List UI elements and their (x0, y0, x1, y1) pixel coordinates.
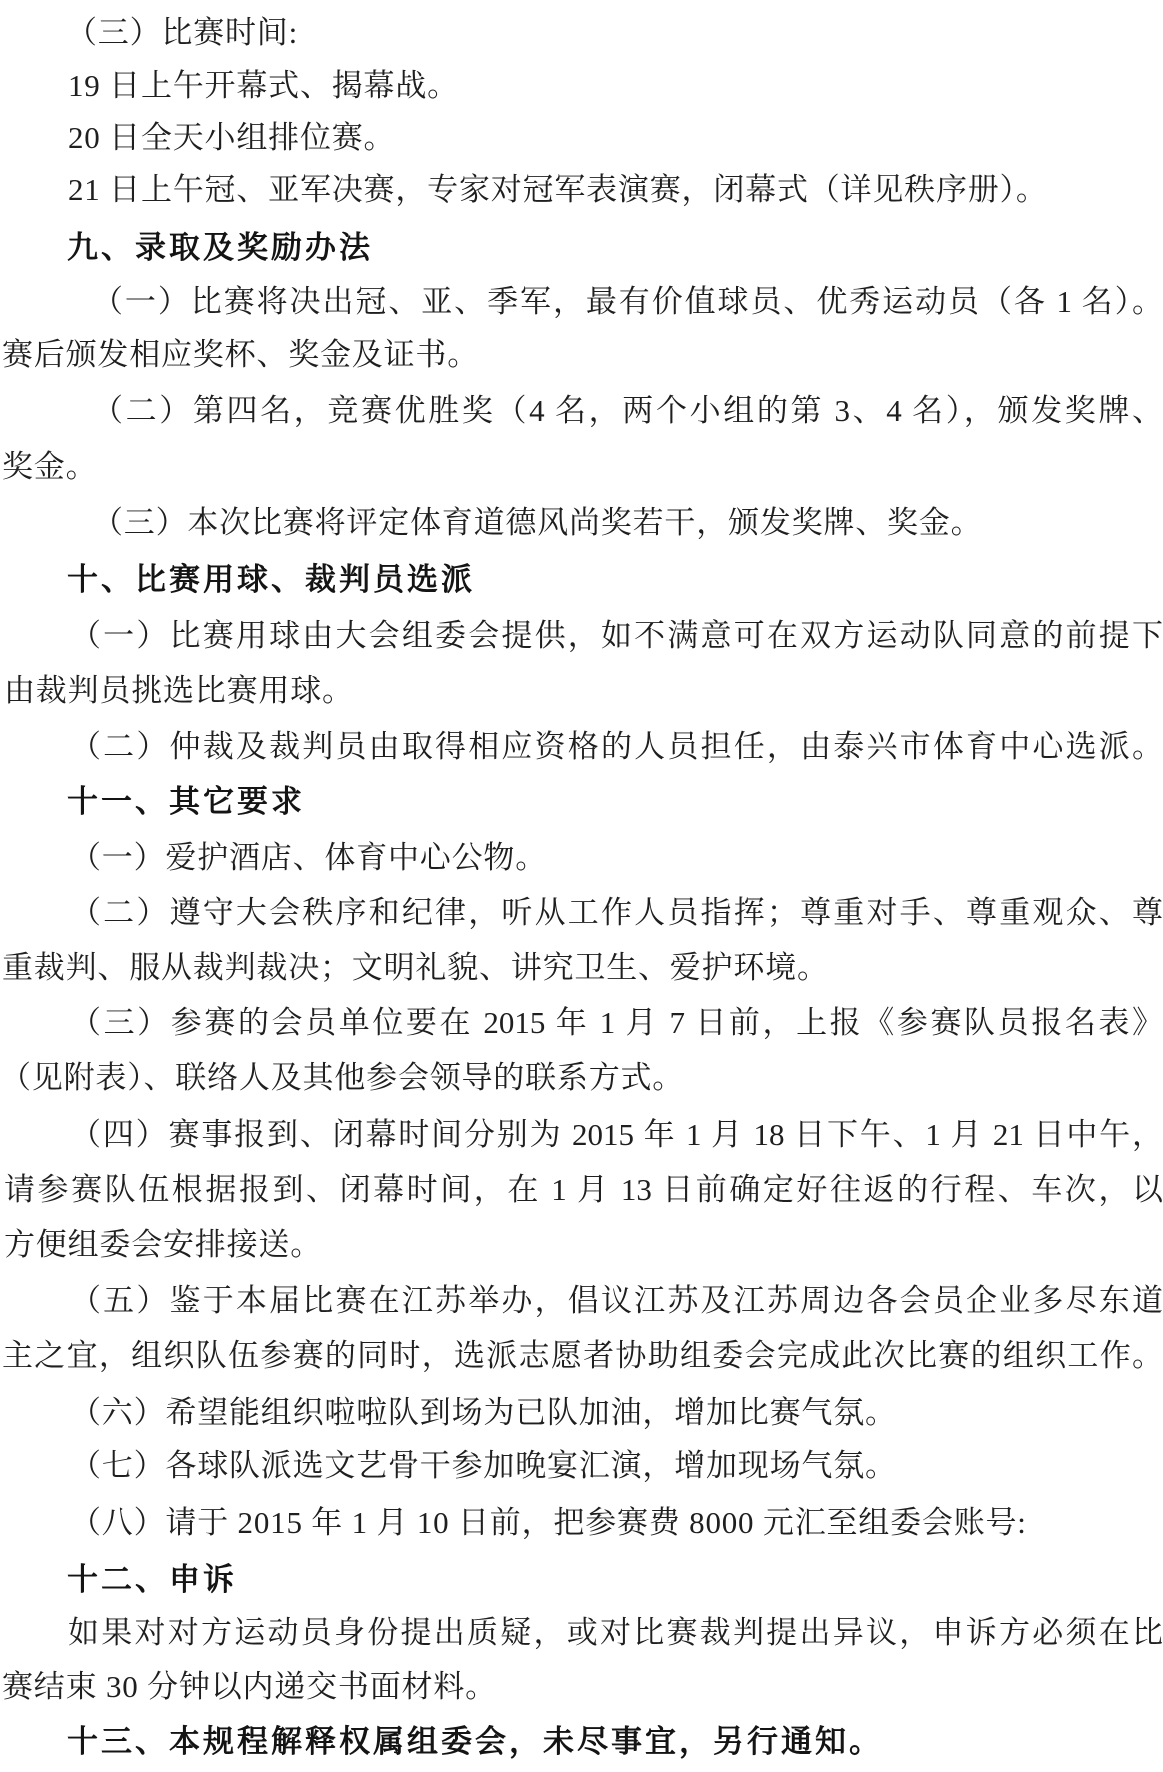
section-heading: 十、比赛用球、裁判员选派 (0, 560, 1163, 606)
document-line: 主之宜，组织队伍参赛的同时，选派志愿者协助组委会完成此次比赛的组织工作。 (0, 1336, 1163, 1380)
section-heading: 十三、本规程解释权属组委会，未尽事宜，另行通知。 (0, 1722, 1163, 1768)
document-line: （三）参赛的会员单位要在 2015 年 1 月 7 日前，上报《参赛队员报名表》 (0, 1003, 1163, 1047)
document-line: 21 日上午冠、亚军决赛，专家对冠军表演赛，闭幕式（详见秩序册）。 (0, 170, 1163, 216)
document-line: 请参赛队伍根据报到、闭幕时间，在 1 月 13 日前确定好往返的行程、车次，以 (0, 1170, 1163, 1214)
document-line: 重裁判、服从裁判裁决；文明礼貌、讲究卫生、爱护环境。 (0, 948, 1163, 994)
document-line: （一）爱护酒店、体育中心公物。 (0, 838, 1163, 884)
section-heading: 十二、申诉 (0, 1560, 1163, 1606)
document-line: （二）仲裁及裁判员由取得相应资格的人员担任，由泰兴市体育中心选派。 (0, 727, 1163, 771)
document-line: 由裁判员挑选比赛用球。 (0, 671, 1163, 717)
document-line: （见附表）、联络人及其他参会领导的联系方式。 (0, 1058, 1163, 1104)
document-line: 奖金。 (0, 447, 1163, 493)
document-line: （二）遵守大会秩序和纪律，听从工作人员指挥；尊重对手、尊重观众、尊 (0, 893, 1163, 937)
document-line: （八）请于 2015 年 1 月 10 日前，把参赛费 8000 元汇至组委会账… (0, 1503, 1163, 1549)
section-heading: 九、录取及奖励办法 (0, 228, 1163, 274)
document-line: （二）第四名，竞赛优胜奖（4 名，两个小组的第 3、4 名），颁发奖牌、 (0, 391, 1163, 435)
document-line: （一）比赛用球由大会组委会提供，如不满意可在双方运动队同意的前提下 (0, 616, 1163, 660)
document-line: （三）本次比赛将评定体育道德风尚奖若干，颁发奖牌、奖金。 (0, 503, 1163, 549)
document-line: （四）赛事报到、闭幕时间分别为 2015 年 1 月 18 日下午、1 月 21… (0, 1115, 1163, 1159)
document-line: 赛结束 30 分钟以内递交书面材料。 (0, 1667, 1163, 1713)
document-line: 如果对对方运动员身份提出质疑，或对比赛裁判提出异议，申诉方必须在比 (0, 1613, 1163, 1657)
document-line: （三）比赛时间: (0, 13, 1163, 59)
document-line: 方便组委会安排接送。 (0, 1225, 1163, 1271)
section-heading: 十一、其它要求 (0, 782, 1163, 828)
document-line: （六）希望能组织啦啦队到场为已队加油，增加比赛气氛。 (0, 1393, 1163, 1439)
document-line: （一）比赛将决出冠、亚、季军，最有价值球员、优秀运动员（各 1 名）。 (0, 282, 1163, 326)
document-line: （七）各球队派选文艺骨干参加晚宴汇演，增加现场气氛。 (0, 1446, 1163, 1492)
document-line: 赛后颁发相应奖杯、奖金及证书。 (0, 335, 1163, 381)
document-line: （五）鉴于本届比赛在江苏举办，倡议江苏及江苏周边各会员企业多尽东道 (0, 1281, 1163, 1325)
document-page: （三）比赛时间:19 日上午开幕式、揭幕战。20 日全天小组排位赛。21 日上午… (0, 0, 1163, 1772)
document-line: 20 日全天小组排位赛。 (0, 118, 1163, 164)
document-line: 19 日上午开幕式、揭幕战。 (0, 66, 1163, 112)
